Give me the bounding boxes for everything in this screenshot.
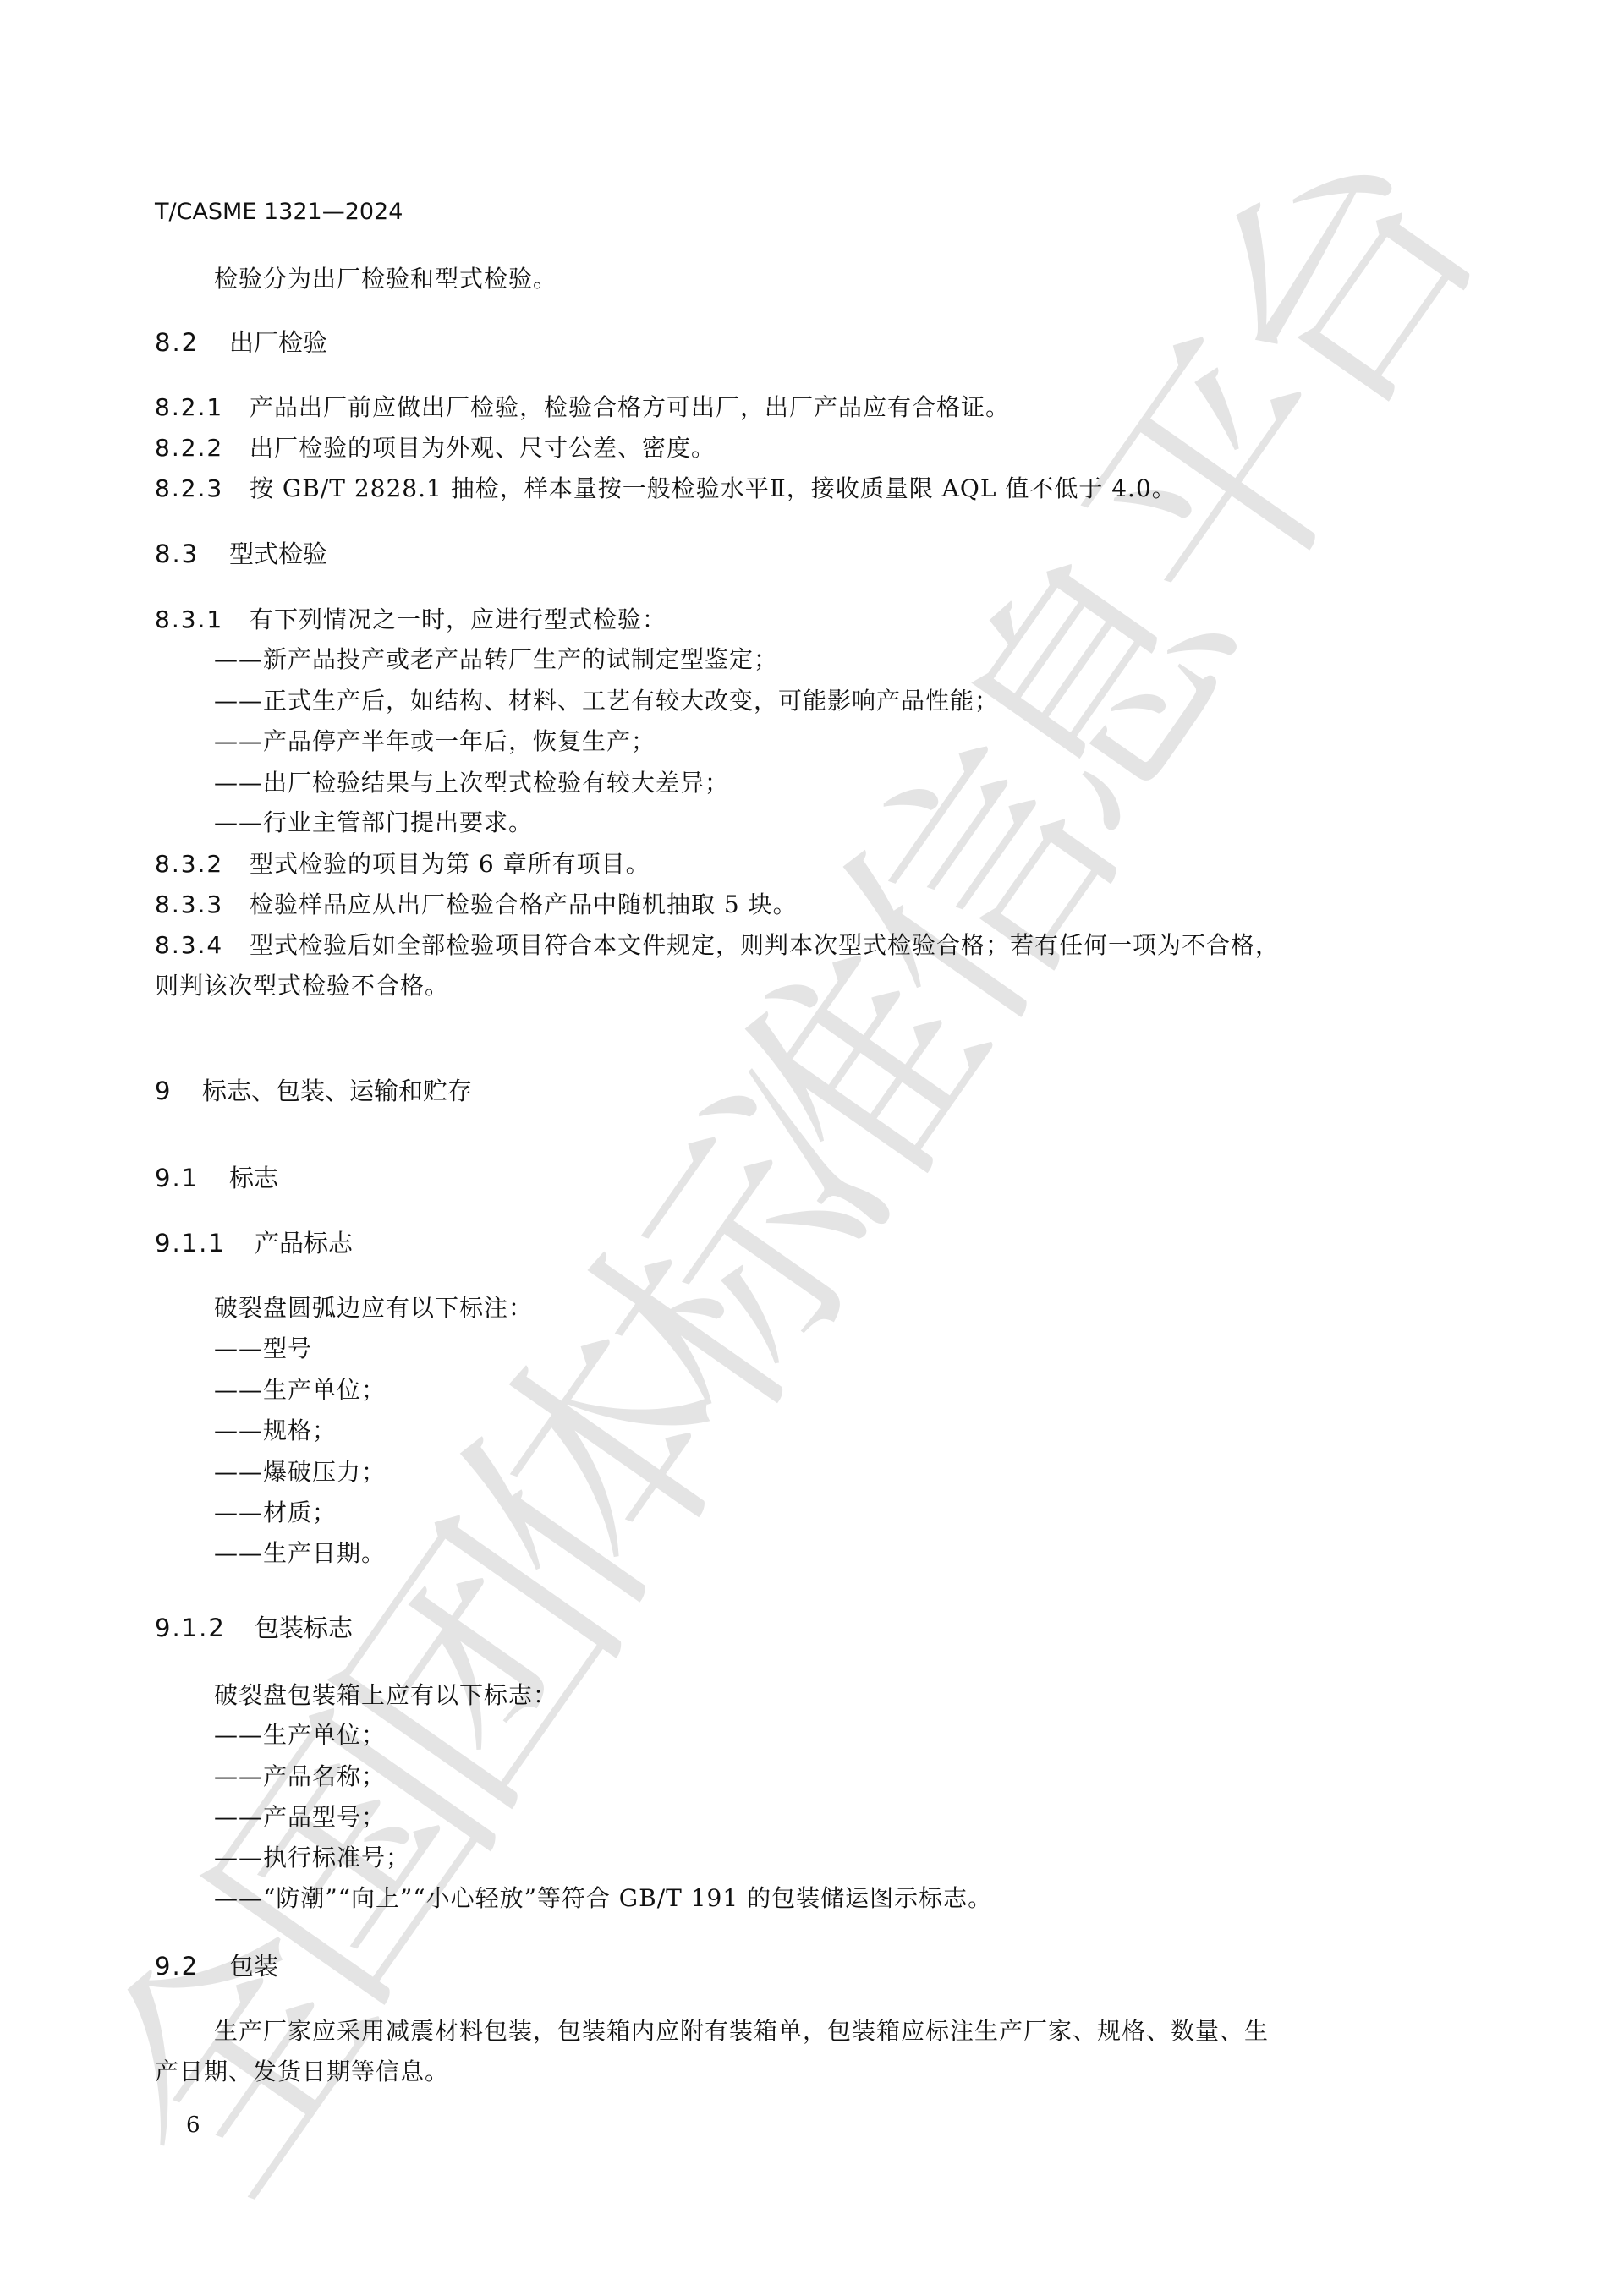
- section-number: 8.3: [155, 542, 229, 567]
- list-item: ——执行标准号；: [214, 1846, 410, 1870]
- list-item: ——产品名称；: [214, 1765, 386, 1789]
- clause-text: 出厂检验的项目为外观、尺寸公差、密度。: [250, 434, 716, 462]
- paragraph-continuation: 产日期、发货日期等信息。: [155, 2060, 449, 2084]
- clause-number: 8.2.2: [155, 436, 250, 460]
- list-item: ——“防潮”“向上”“小心轻放”等符合 GB/T 191 的包装储运图示标志。: [214, 1887, 992, 1910]
- list-item: ——产品停产半年或一年后，恢复生产；: [214, 730, 656, 753]
- watermark-char: 标: [559, 1100, 913, 1454]
- watermark-char: 台: [1168, 102, 1522, 456]
- watermark-char: 体: [424, 1295, 777, 1648]
- subsection-number: 9.1.2: [155, 1616, 255, 1641]
- list-item: ——正式生产后，如结构、材料、工艺有较大改变，可能影响产品性能；: [214, 689, 999, 713]
- document-page: 台 平 息 信 准 标 体 团 国 全 T/CASME 1321—2024 检验…: [0, 0, 1624, 2296]
- section-title: 型式检验: [229, 540, 327, 568]
- clause-number: 8.3.3: [155, 893, 250, 917]
- list-item: ——生产日期。: [214, 1542, 386, 1565]
- chapter-heading-9: 9标志、包装、运输和贮存: [155, 1079, 472, 1104]
- list-item: ——爆破压力；: [214, 1460, 386, 1484]
- paragraph: 生产厂家应采用减震材料包装，包装箱内应附有装箱单，包装箱应标注生产厂家、规格、数…: [214, 2019, 1269, 2043]
- clause-continuation: 则判该次型式检验不合格。: [155, 974, 449, 998]
- list-item: ——产品型号；: [214, 1806, 386, 1829]
- section-title: 包装: [229, 1952, 278, 1981]
- clause-number: 8.3.1: [155, 608, 250, 632]
- list-item: ——出厂检验结果与上次型式检验有较大差异；: [214, 771, 729, 795]
- clause-text: 产品出厂前应做出厂检验，检验合格方可出厂，出厂产品应有合格证。: [250, 393, 1010, 421]
- clause-text: 型式检验后如全部检验项目符合本文件规定，则判本次型式检验合格；若有任何一项为不合…: [250, 931, 1280, 959]
- subsection-number: 9.1.1: [155, 1231, 255, 1256]
- chapter-title: 标志、包装、运输和贮存: [202, 1077, 472, 1105]
- subsection-title: 产品标志: [255, 1229, 353, 1258]
- clause-8-2-3: 8.2.3按 GB/T 2828.1 抽检，样本量按一般检验水平Ⅱ，接收质量限 …: [155, 477, 1177, 501]
- clause-number: 8.3.4: [155, 934, 250, 957]
- paragraph: 破裂盘包装箱上应有以下标志：: [214, 1684, 557, 1707]
- watermark-char: 全: [60, 1878, 414, 2232]
- section-heading-9-1: 9.1标志: [155, 1166, 278, 1191]
- section-title: 出厂检验: [229, 328, 327, 357]
- paragraph: 检验分为出厂检验和型式检验。: [214, 267, 557, 291]
- paragraph: 破裂盘圆弧边应有以下标注：: [214, 1296, 533, 1320]
- section-heading-8-3: 8.3型式检验: [155, 542, 327, 567]
- clause-8-3-4: 8.3.4型式检验后如全部检验项目符合本文件规定，则判本次型式检验合格；若有任何…: [155, 934, 1280, 957]
- list-item: ——型号: [214, 1337, 312, 1361]
- watermark-char: 息: [923, 508, 1276, 862]
- watermark-char: 信: [804, 711, 1158, 1065]
- clause-number: 8.2.3: [155, 477, 250, 501]
- clause-8-3-1: 8.3.1有下列情况之一时，应进行型式检验：: [155, 608, 667, 632]
- document-id-header: T/CASME 1321—2024: [155, 200, 403, 223]
- subsection-title: 包装标志: [255, 1614, 353, 1642]
- clause-8-3-3: 8.3.3检验样品应从出厂检验合格产品中随机抽取 5 块。: [155, 893, 798, 917]
- section-heading-9-2: 9.2包装: [155, 1954, 278, 1979]
- section-number: 8.2: [155, 331, 229, 355]
- clause-text: 按 GB/T 2828.1 抽检，样本量按一般检验水平Ⅱ，接收质量限 AQL 值…: [250, 474, 1177, 502]
- subsection-heading-9-1-1: 9.1.1产品标志: [155, 1231, 353, 1256]
- clause-8-2-2: 8.2.2出厂检验的项目为外观、尺寸公差、密度。: [155, 436, 716, 460]
- subsection-heading-9-1-2: 9.1.2包装标志: [155, 1616, 353, 1641]
- list-item: ——生产单位；: [214, 1378, 386, 1402]
- clause-number: 8.3.2: [155, 852, 250, 876]
- clause-text: 检验样品应从出厂检验合格产品中随机抽取 5 块。: [250, 890, 798, 918]
- section-number: 9.2: [155, 1954, 229, 1979]
- chapter-number: 9: [155, 1079, 202, 1104]
- section-title: 标志: [229, 1164, 278, 1192]
- list-item: ——规格；: [214, 1419, 337, 1443]
- watermark-char: 准: [678, 914, 1031, 1268]
- list-item: ——生产单位；: [214, 1723, 386, 1747]
- section-heading-8-2: 8.2出厂检验: [155, 331, 327, 355]
- clause-text: 型式检验的项目为第 6 章所有项目。: [250, 850, 650, 878]
- section-number: 9.1: [155, 1166, 229, 1191]
- list-item: ——新产品投产或老产品转厂生产的试制定型鉴定；: [214, 648, 778, 671]
- clause-8-2-1: 8.2.1产品出厂前应做出厂检验，检验合格方可出厂，出厂产品应有合格证。: [155, 396, 1010, 419]
- list-item: ——行业主管部门提出要求。: [214, 811, 533, 835]
- clause-8-3-2: 8.3.2型式检验的项目为第 6 章所有项目。: [155, 852, 650, 876]
- page-number: 6: [186, 2114, 200, 2136]
- clause-text: 有下列情况之一时，应进行型式检验：: [250, 606, 667, 633]
- clause-number: 8.2.1: [155, 396, 250, 419]
- list-item: ——材质；: [214, 1501, 337, 1525]
